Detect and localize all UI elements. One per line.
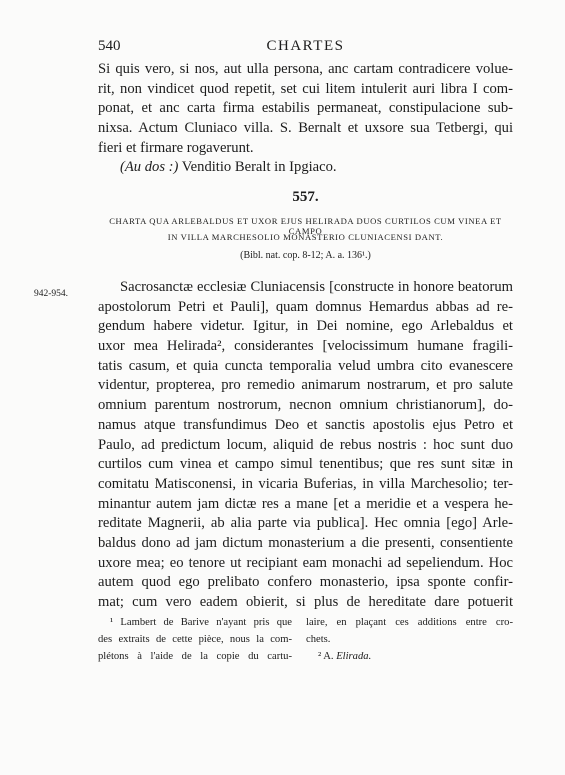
text-line: mat; cum vero eadem obierit, si plus de … [98, 593, 513, 613]
text-line: curtilos cum vinea et campo simul tenent… [98, 455, 513, 475]
text-line: rit, non vindicet quod repetit, set cui … [98, 80, 513, 100]
text-line: gendum habere videtur. Igitur, in Dei no… [98, 317, 513, 337]
charter-body: Sacrosanctæ ecclesiæ Cluniacensis [const… [98, 278, 513, 613]
text-line: Si quis vero, si nos, aut ulla persona, … [98, 60, 513, 80]
text-line: uxor mea Helirada², considerantes [veloc… [98, 337, 513, 357]
text-line: minantur autem jam dictæ res a mane [et … [98, 495, 513, 515]
text-line: comitatu Matisconensi, in vicaria Buferi… [98, 475, 513, 495]
footnote-variant: Elirada. [336, 651, 371, 662]
document-page: 540 CHARTES Si quis vero, si nos, aut ul… [0, 0, 565, 775]
footnote-text: A. [321, 651, 336, 662]
text-line: fieri et firmare rogaverunt. [98, 139, 513, 159]
text-line: Paulo, ad predictum locum, aliquid de re… [98, 436, 513, 456]
charter-number: 557. [98, 189, 513, 206]
running-title: CHARTES [98, 38, 513, 55]
footnote-line: chets. [306, 631, 513, 648]
endorsement-label: (Au dos :) [120, 159, 178, 175]
footnote-line: laire, en plaçant ces additions entre cr… [306, 614, 513, 631]
text-line: apostolorum Petri et Pauli], quam domnus… [98, 298, 513, 318]
previous-charter-ending: Si quis vero, si nos, aut ulla persona, … [98, 60, 513, 178]
footnote-line: des extraits de cette pièce, nous la com… [98, 631, 292, 648]
text-line: uxore mea; eo tenore ut recipiant eam mo… [98, 554, 513, 574]
text-line: ponat, et anc carta firma estabilis perm… [98, 99, 513, 119]
footnote-column-left: ¹ Lambert de Barive n'ayant pris que des… [98, 614, 292, 665]
endorsement: (Au dos :) Venditio Beralt in Ipgiaco. [98, 158, 513, 178]
text-line: omnium parentum nostrorum, necnon omnium… [98, 396, 513, 416]
text-line: baldus dono ad jam dictum monasterium a … [98, 534, 513, 554]
text-line: videntur, propterea, pro remedio animaru… [98, 376, 513, 396]
endorsement-text: Venditio Beralt in Ipgiaco. [178, 159, 336, 175]
footnote-2: ² A. Elirada. [306, 648, 513, 665]
footnote-column-right: laire, en plaçant ces additions entre cr… [306, 614, 513, 665]
text-line: Sacrosanctæ ecclesiæ Cluniacensis [const… [98, 278, 513, 298]
text-line: reditate Magnerii, ab alia parte via pub… [98, 514, 513, 534]
charter-source: (Bibl. nat. cop. 8-12; A. a. 136¹.) [98, 250, 513, 261]
text-line: tatis casum, et quia cuncta temporalia v… [98, 357, 513, 377]
running-header: 540 CHARTES [98, 38, 513, 58]
text-line: autem quod ego prelibato confero monaste… [98, 573, 513, 593]
margin-date: 942-954. [34, 289, 68, 299]
charter-caption-line: IN VILLA MARCHESOLIO MONASTERIO CLUNIACE… [98, 232, 513, 242]
footnote-line: ¹ Lambert de Barive n'ayant pris que [98, 614, 292, 631]
footnote-line: plétons à l'aide de la copie du cartu- [98, 648, 292, 665]
text-line: nixsa. Actum Cluniaco villa. S. Bernalt … [98, 119, 513, 139]
text-line: namus atque transfundimus Deo et sanctis… [98, 416, 513, 436]
